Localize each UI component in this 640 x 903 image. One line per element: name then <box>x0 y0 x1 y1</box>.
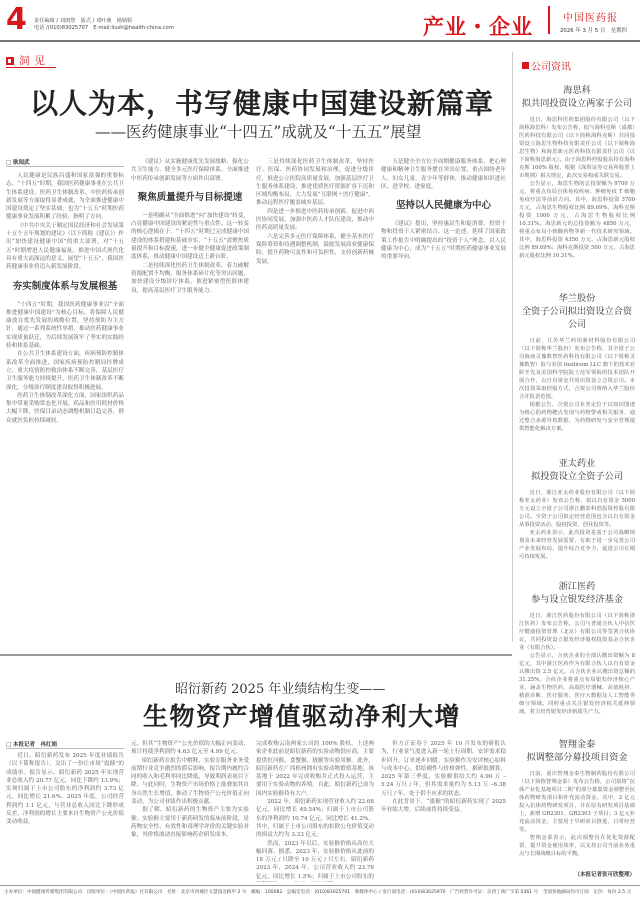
paragraph: 然而，2023 年以后，实验猴价格从高位大幅回落。据悉，2023 年，实验猴价格… <box>256 840 374 882</box>
news-item-yatai: 亚太药业 拟投资设立全资子公司 近日，浙江亚太药业股份有限公司（以下简称亚太药业… <box>519 457 635 579</box>
issue-date: 2026 年 3 月 5 日 星期四 <box>560 26 627 34</box>
paragraph: 日前，重庆智翔金泰生物制药股份有限公司（以下简称智翔金泰）发布公告称，公司拟将“… <box>519 770 635 834</box>
section-heading: 聚焦质量提升与目标提速 <box>131 191 249 205</box>
paragraph: 三是持续深化医药卫生体制改革，坚持医疗、医保、医药协同发展和治理，促进分级诊疗，… <box>256 158 374 208</box>
news-company: 华兰股份 <box>519 292 635 305</box>
contact-line: 电话 /(010)83025707 E-mail:liush@health-ch… <box>34 25 174 32</box>
editor-info: 责任编辑 / 刘朗慧 版式 / 邓叶萌 杨婧娇 电话 /(010)8302570… <box>34 18 174 32</box>
masthead-rule <box>0 40 640 42</box>
paragraph: 近日，昭衍新药发布 2025 年度业绩报告（以下简称报告），交出了一份让市场“震… <box>6 752 124 827</box>
paragraph: 医药卫生体制改革深化方面，国家组织药品集中带量采购常态化开展，药品和医用耗材价格… <box>6 392 124 425</box>
news-headline: 参与设立银发经济基金 <box>519 593 635 606</box>
byline: 本报记者 冉红娟 <box>6 740 57 748</box>
divider <box>548 6 550 34</box>
paragraph: 一是明确从“全面推进”向“加快建设”转变，凸显健康中国建设的紧迫性与重点性。这一… <box>131 212 249 262</box>
news-body: 近日，浙江医药股份有限公司（以下简称浙江医药）发布公告称，公司与普通合伙人中信医… <box>519 612 635 727</box>
paragraph: 四是进一步推进中医药传承创新，促进中西医协同发展，加强中医药人才队伍建设，推动中… <box>256 208 374 233</box>
news-headline: 拟调整部分募投项目资金 <box>519 751 635 764</box>
paper-logo: 中国医药报 <box>563 9 618 24</box>
editor-note: （本报记者张可欣整理） <box>519 870 635 878</box>
masthead: 4 责任编辑 / 刘朗慧 版式 / 邓叶萌 杨婧娇 电话 /(010)83025… <box>0 0 640 40</box>
main-subheadline: ——医药健康事业“十四五”成就及“十五五”展望 <box>95 120 421 142</box>
news-company: 浙江医药 <box>519 580 635 593</box>
editor-line: 责任编辑 / 刘朗慧 版式 / 邓叶萌 杨婧娇 <box>34 18 174 25</box>
paragraph: 日前，江苏华兰药用新材料股份有限公司（以下简称华兰股份）发布公告称，其全资子公司… <box>519 337 635 401</box>
byline-rule <box>6 166 124 167</box>
column-tag-label: 洞见 <box>19 53 50 68</box>
news-company: 智翔金泰 <box>519 738 635 751</box>
paragraph: 近日，浙江亚太药业股份有限公司（以下简称亚太药业）发布公告称，拟以自有资金 50… <box>519 489 635 529</box>
paragraph: 二是持续深化医药卫生体制改革，着力破解资源配置不均衡、服务体系碎片化等突出问题，… <box>131 262 249 295</box>
section-heading: 夯实制度体系与发展根基 <box>6 280 124 294</box>
news-item-zhejiang-medicine: 浙江医药 参与设立银发经济基金 近日，浙江医药股份有限公司（以下简称浙江医药）发… <box>519 580 635 727</box>
news-body: 近日，海思科医药集团股份有限公司（以下简称海思科）发布公告称，拟与海科克斯（成都… <box>519 116 635 286</box>
paragraph: 2022 年，昭衍新药实现营业收入约 22.68 亿元，同比增长 49.54%；… <box>256 798 374 839</box>
article-column-3: 三是持续深化医药卫生体制改革，坚持医疗、医保、医药协同发展和治理，促进分级诊疗，… <box>256 158 374 647</box>
paragraph: 五是健全全方位全周期健康服务体系，把心理健康和精神卫生服务摆在突出位置，重点围绕… <box>381 158 506 191</box>
paragraph: 完成收购云南两家公司的 100% 股权。上述两家企业此前是昭衍新药的实验动物供应… <box>256 740 374 798</box>
news-headline: 全资子公司拟出资设立合资公司 <box>519 305 635 331</box>
news-title: 华兰股份 全资子公司拟出资设立合资公司 <box>519 292 635 331</box>
tag-underline <box>6 67 56 68</box>
publisher-footer: 主办单位：中国健康传媒集团有限公司 出版单位：《中国医药报》社有限公司 社址：北… <box>4 889 636 895</box>
paragraph: 公告显示，合伙企业的全部认缴出资额为 8 亿元，其中浙江医药作为有限合伙人以自有… <box>519 652 635 716</box>
byline-rule <box>6 748 124 749</box>
news-headline: 拟共同投资设立两家子公司 <box>519 97 635 110</box>
article-column-1: 人民健康是民族昌盛和国家富强的重要标志。“十四五”时期，我国医药健康事业在公共卫… <box>6 172 124 647</box>
bottom-column-4: 但方正证券于 2025 年 10 月发布的研报认为，行业景气度进入新一轮上行周期… <box>381 740 506 882</box>
news-body: 日前，江苏华兰药用新材料股份有限公司（以下简称华兰股份）发布公告称，其全资子公司… <box>519 337 635 447</box>
section-heading: 坚持以人民健康为中心 <box>381 199 506 213</box>
sidebar-column-tag: 公司资讯 <box>522 58 571 73</box>
byline: 耿闻武 <box>6 158 29 166</box>
paragraph: 在公共卫生体系建设方面，疾病预防控制体系改革全面推进，国家疾病预防控制局挂牌成立… <box>6 350 124 391</box>
news-item-zhixiang-jintai: 智翔金泰 拟调整部分募投项目资金 日前，重庆智翔金泰生物制药股份有限公司（以下简… <box>519 738 635 878</box>
bottom-column-3: 完成收购云南两家公司的 100% 股权。上述两家企业此前是昭衍新药的实验动物供应… <box>256 740 374 882</box>
paragraph: 六是完善多元医疗保障体系，健全基本医疗保险筹资和待遇调整机制，鼓励发展商业健康保… <box>256 233 374 266</box>
bottom-column-2: 元。但其“生物资产”公允价值的大幅正向变动，预计将使净利润约 4.63 亿元至 … <box>131 740 249 882</box>
main-headline: 以人为本，书写健康中国建设新篇章 <box>30 82 494 122</box>
paragraph: 智翔金泰表示，此次调整旨在优化资源配置，提升资金使用效率，以支持公司当前业务重点… <box>519 834 635 858</box>
news-title: 浙江医药 参与设立银发经济基金 <box>519 580 635 606</box>
news-headline: 拟投资设立全资子公司 <box>519 470 635 483</box>
paragraph: 《建议》从实施健康优先发展战略、强化公共卫生能力、健全多元医疗保障体系、全面推进… <box>131 158 249 183</box>
bottom-headline: 生物资产增值驱动净利大增 <box>143 697 461 733</box>
news-title: 亚太药业 拟投资设立全资子公司 <box>519 457 635 483</box>
paragraph: 元。但其“生物资产”公允价值的大幅正向变动，预计将使净利润约 4.63 亿元至 … <box>131 740 249 757</box>
news-body: 日前，重庆智翔金泰生物制药股份有限公司（以下简称智翔金泰）发布公告称，公司拟将“… <box>519 770 635 868</box>
paragraph: 昭衍新药在报告中解释，实验室服务业务受前期行业竞争激烈的滞后影响，报告期内履约合… <box>131 757 249 807</box>
paragraph: 《建议》提出，坚持惠民生和促消费、投资于物和投资于人紧密结合。这一论述，延续了国… <box>381 220 506 261</box>
paragraph: 据了解，昭衍新药的生物资产主要为实验猴。实验猴主要用于新药研发的临床前阶段，是药… <box>131 806 249 839</box>
square-bullet-icon <box>522 62 529 69</box>
article-column-4: 五是健全全方位全周期健康服务体系，把心理健康和精神卫生服务摆在突出位置，重点围绕… <box>381 158 506 647</box>
paragraph: 《中共中央关于制定国民经济和社会发展第十五个五年规划的建议》（以下简称《建议》）… <box>6 222 124 272</box>
bottom-kicker: 昭衍新药 2025 年业绩结构生变—— <box>175 678 385 697</box>
paragraph: 近日，海思科医药集团股份有限公司（以下简称海思科）发布公告称，拟与海科克斯（成都… <box>519 116 635 180</box>
paragraph: 近日，浙江医药股份有限公司（以下简称浙江医药）发布公告称，公司与普通合伙人中信医… <box>519 612 635 652</box>
sidebar-tag-label: 公司资讯 <box>531 58 571 73</box>
paragraph: 亚太药业表示，此次投资是基于公司战略规划及未来经营发展需要，有助于进一步完善公司… <box>519 529 635 561</box>
news-title: 智翔金泰 拟调整部分募投项目资金 <box>519 738 635 764</box>
page-number: 4 <box>6 6 27 34</box>
column-tag: 洞见 <box>6 53 50 68</box>
news-body: 近日，浙江亚太药业股份有限公司（以下简称亚太药业）发布公告称，拟以自有资金 50… <box>519 489 635 579</box>
paragraph: 根据公告，合资公司业务定位于以知识图谱为核心的药物靶点发现与药物警戒相关服务，通… <box>519 401 635 433</box>
section-title: 产业・企业 <box>423 11 533 41</box>
paragraph: 在此背景下，“涨猴”的昭衍新药实现了 2025 年业绩大增，后续或将持续受益。 <box>381 798 506 815</box>
paragraph: “十四五”时期，我国医药健康事业以“全面推进健康中国建设”为核心目标，将保障人民… <box>6 301 124 351</box>
news-item-haisco: 海思科 拟共同投资设立两家子公司 近日，海思科医药集团股份有限公司（以下简称海思… <box>519 84 635 286</box>
paragraph: 但方正证券于 2025 年 10 月发布的研报认为，行业景气度进入新一轮上行周期… <box>381 740 506 798</box>
sidebar-divider <box>512 52 513 642</box>
paragraph: 人民健康是民族昌盛和国家富强的重要标志。“十四五”时期，我国医药健康事业在公共卫… <box>6 172 124 222</box>
footer-rule <box>0 885 640 886</box>
paragraph: 公告显示，海思生物的总投资额为 9700 万元，将重点布局自体免疫疾病、肿瘤免疫… <box>519 180 635 260</box>
news-company: 亚太药业 <box>519 457 635 470</box>
news-company: 海思科 <box>519 84 635 97</box>
news-item-hualan: 华兰股份 全资子公司拟出资设立合资公司 日前，江苏华兰药用新材料股份有限公司（以… <box>519 292 635 447</box>
bottom-column-1: 近日，昭衍新药发布 2025 年度业绩报告（以下简称报告），交出了一份让市场“震… <box>6 752 124 882</box>
news-title: 海思科 拟共同投资设立两家子公司 <box>519 84 635 110</box>
section-divider <box>0 654 512 656</box>
article-column-2: 《建议》从实施健康优先发展战略、强化公共卫生能力、健全多元医疗保障体系、全面推进… <box>131 158 249 647</box>
square-bullet-icon <box>6 57 14 65</box>
